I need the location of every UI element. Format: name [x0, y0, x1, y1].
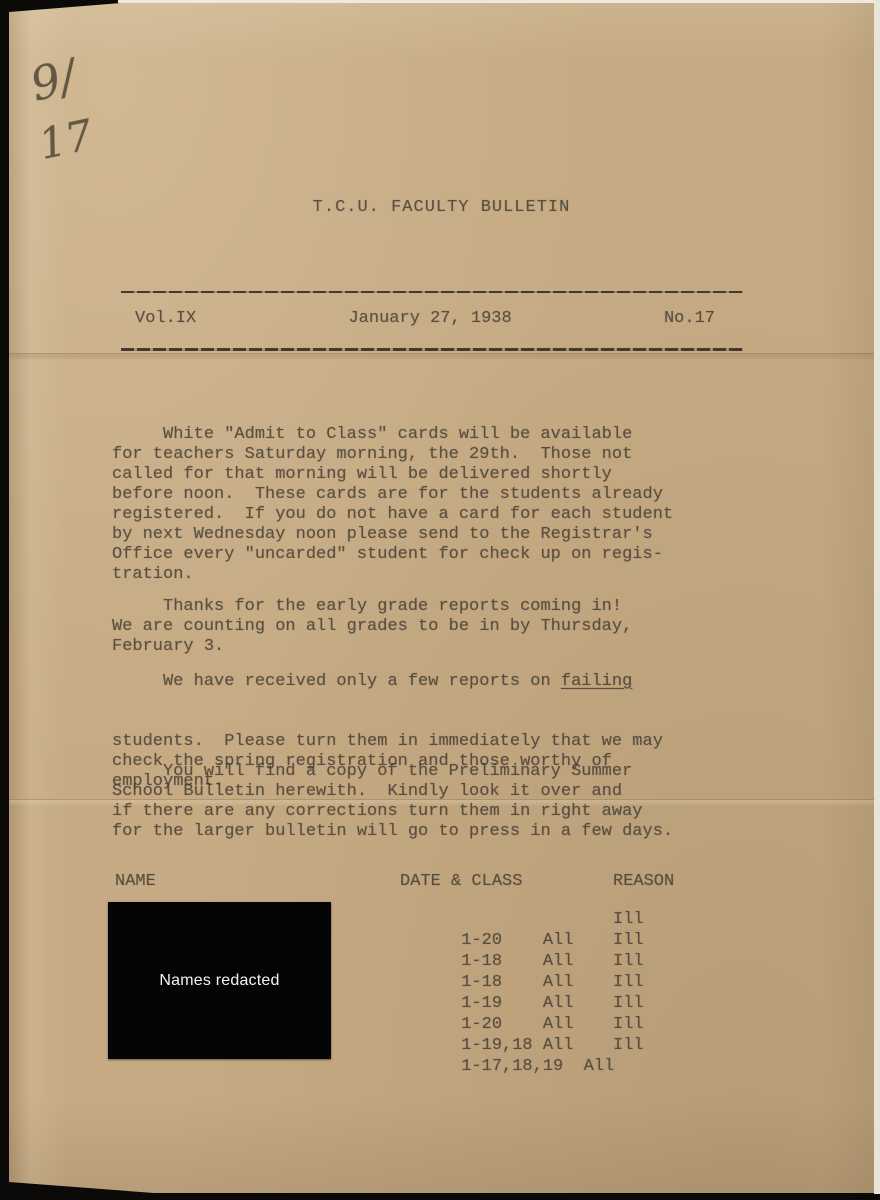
- scanner-edge-right: [874, 0, 880, 1194]
- scan-corner-shadow-bottom-left: [9, 1182, 154, 1193]
- table-row: 1-19 All Ill: [400, 972, 614, 993]
- paper-fold-crease-upper: [9, 353, 874, 360]
- table-row: 1-18 All Ill: [400, 930, 614, 951]
- masthead-rule-bottom: [121, 348, 743, 351]
- reason-cell: Ill: [613, 1035, 644, 1056]
- column-header-name: NAME: [115, 872, 156, 891]
- line-pre-text: We have received only a few reports on: [112, 672, 561, 691]
- table-row: 1-18 All Ill: [400, 951, 614, 972]
- handwritten-note-numerator: 9/: [25, 48, 81, 111]
- handwritten-note-denominator: 17: [34, 110, 96, 169]
- reason-cell: Ill: [613, 951, 644, 972]
- date-class-cell: 1-17,18,19 All: [461, 1057, 614, 1076]
- paragraph-summer-bulletin: You will find a copy of the Preliminary …: [112, 722, 673, 882]
- table-row: 1-20 All Ill: [400, 909, 614, 930]
- reason-cell: Ill: [613, 972, 644, 993]
- issue-date: January 27, 1938: [348, 309, 511, 328]
- column-header-reason: REASON: [613, 872, 674, 891]
- reason-cell: Ill: [613, 1014, 644, 1035]
- issue-number: No.17: [664, 309, 743, 328]
- column-header-date-class: DATE & CLASS: [400, 872, 522, 891]
- table-row: 1-17,18,19 All Ill: [400, 1035, 614, 1056]
- reason-cell: Ill: [613, 993, 644, 1014]
- table-row: 1-19,18 All Ill: [400, 1014, 614, 1035]
- masthead-rule-top: [121, 291, 743, 293]
- redaction-box: Names redacted: [108, 902, 331, 1059]
- volume-label: Vol.IX: [121, 309, 196, 328]
- redaction-label: Names redacted: [159, 972, 279, 990]
- reason-cell: Ill: [613, 930, 644, 951]
- table-row: 1-20 All Ill: [400, 993, 614, 1014]
- reason-cell: Ill: [613, 909, 644, 930]
- masthead-line: Vol.IX January 27, 1938 No.17: [121, 309, 743, 328]
- document-title: T.C.U. FACULTY BULLETIN: [9, 198, 874, 217]
- scan-corner-shadow-top-left: [9, 3, 121, 12]
- paragraph-line-with-underline: We have received only a few reports on f…: [112, 672, 663, 692]
- scanned-page: 9/ 17 T.C.U. FACULTY BULLETIN Vol.IX Jan…: [9, 3, 874, 1193]
- underlined-word: failing: [561, 672, 632, 691]
- absence-table-rows: 1-20 All Ill 1-18 All Ill 1-18 All Ill 1…: [400, 909, 614, 1056]
- paragraph-text: You will find a copy of the Preliminary …: [112, 762, 673, 842]
